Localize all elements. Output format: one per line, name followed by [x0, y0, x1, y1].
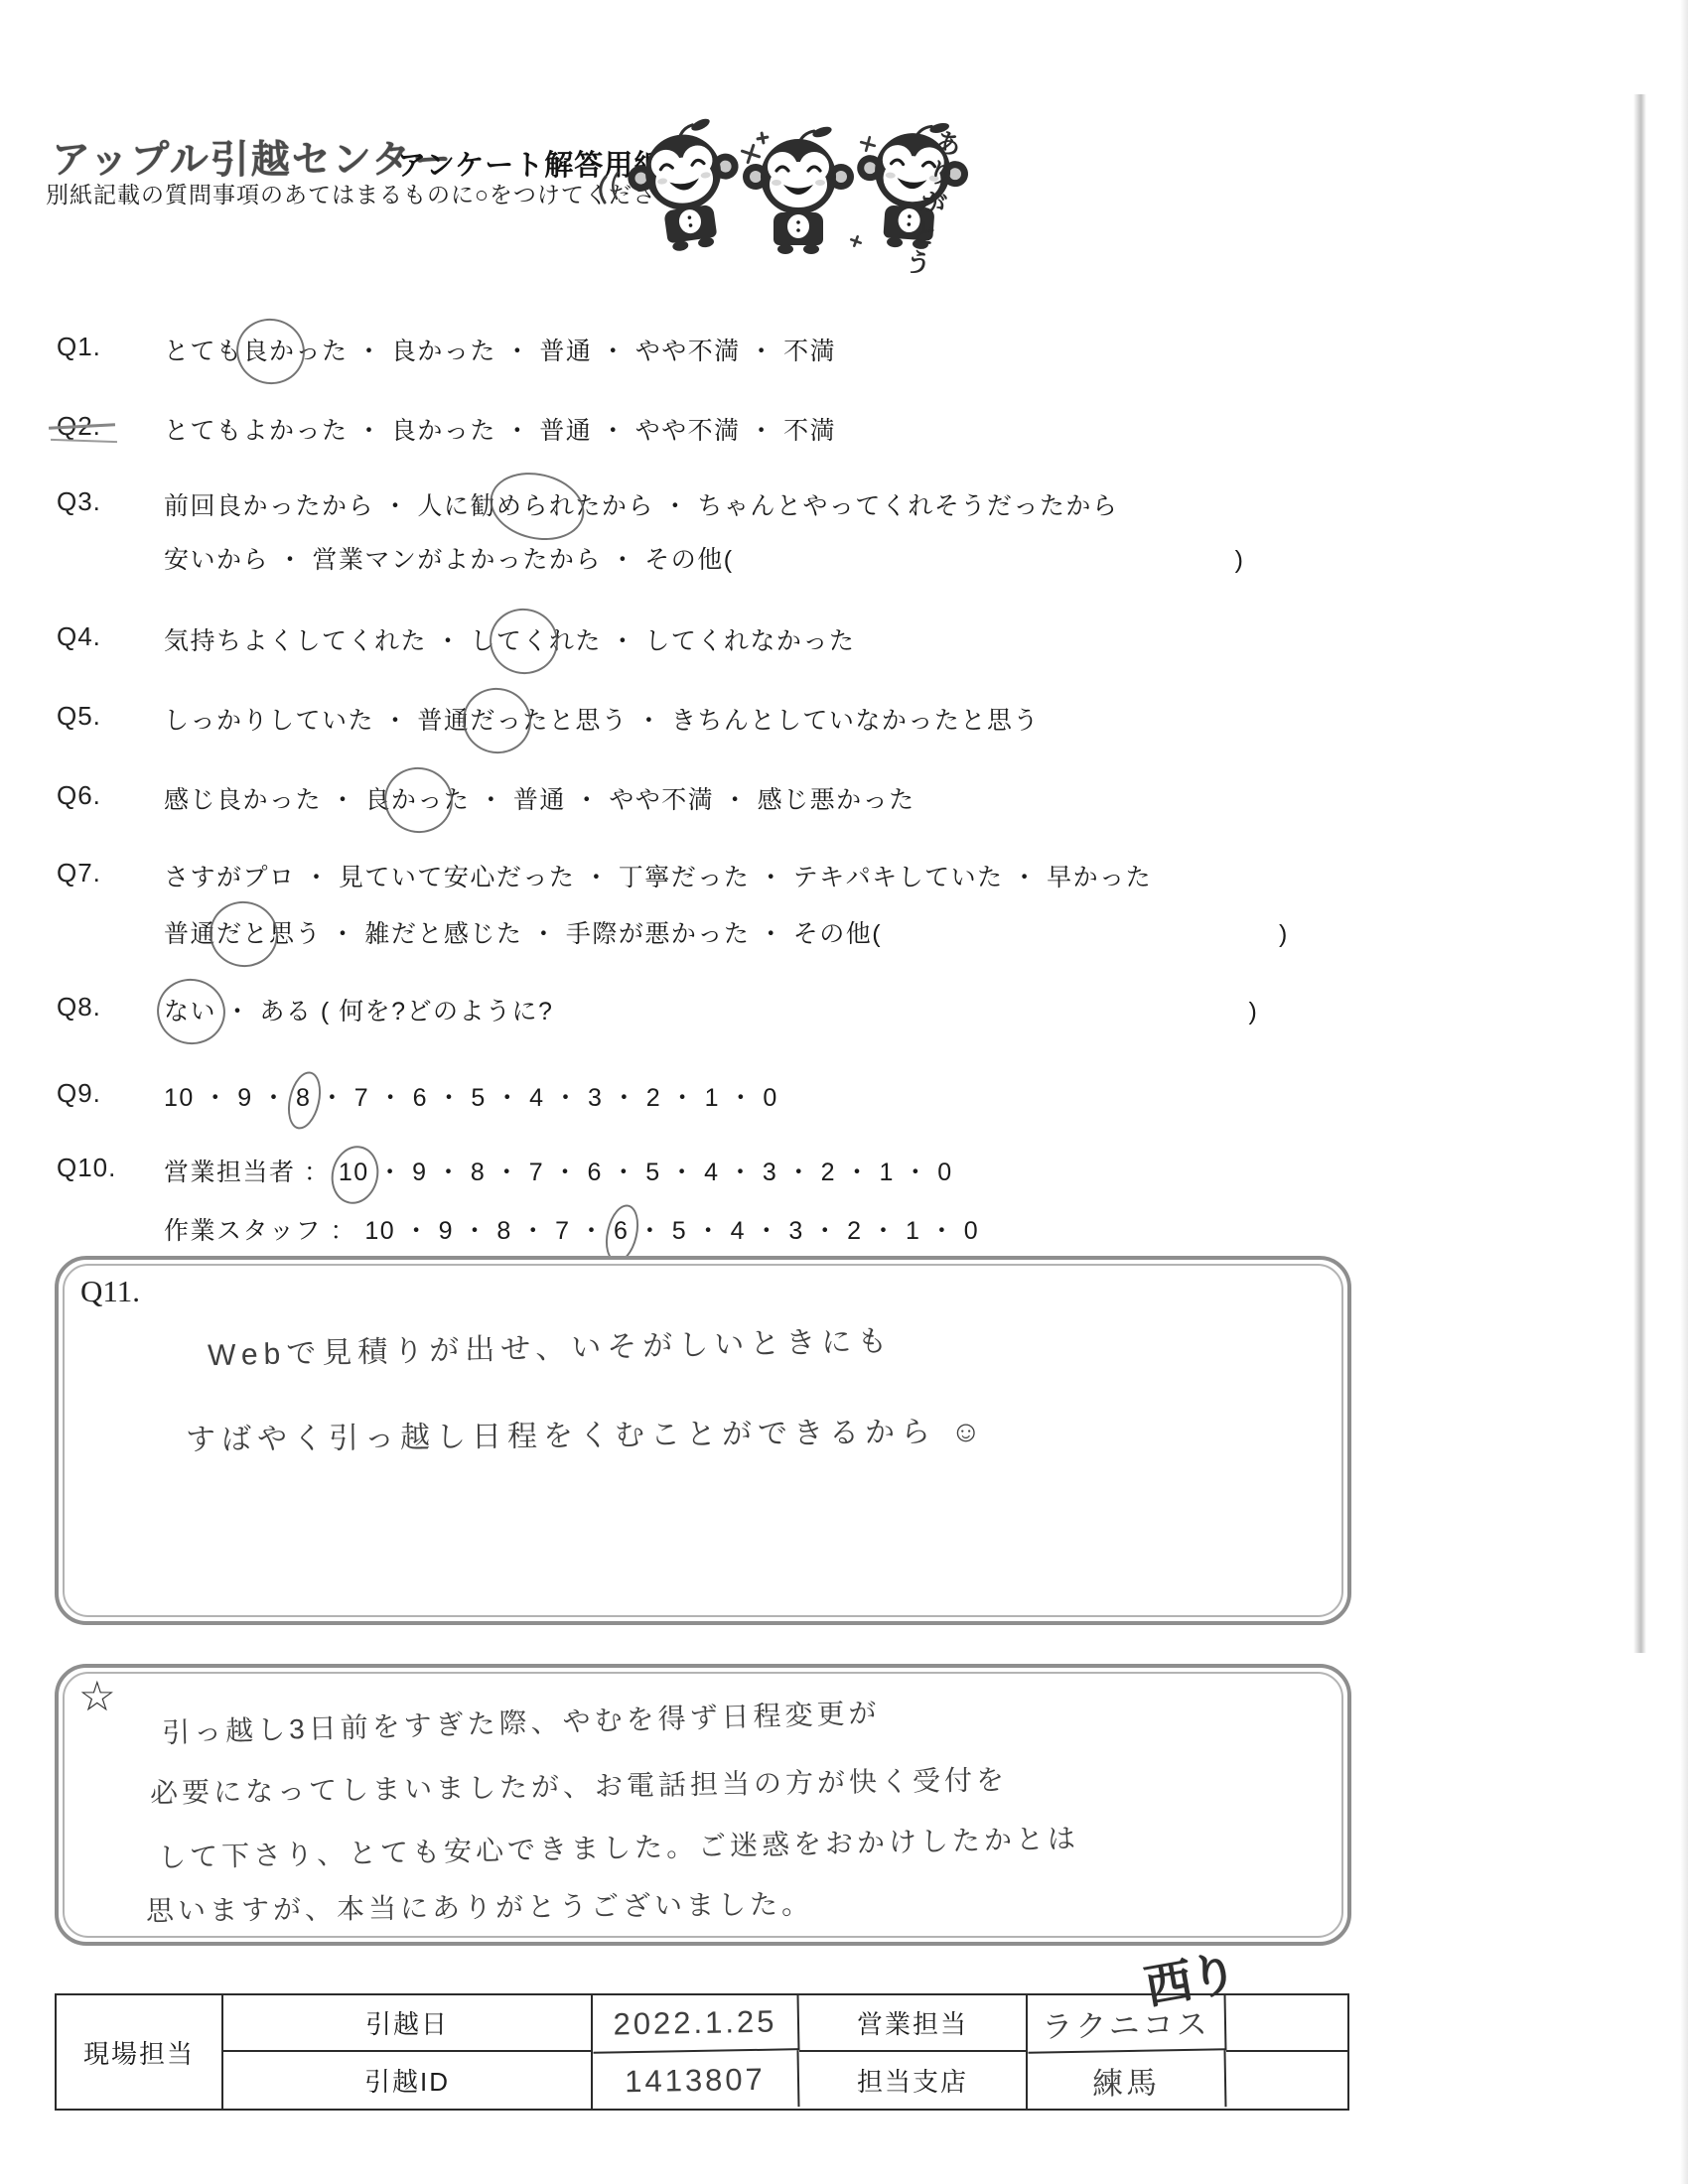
option-text: )	[1235, 546, 1245, 574]
question-label: Q2.	[57, 411, 101, 442]
blank-space	[882, 941, 1279, 942]
handwritten-circle-selection: だと	[216, 914, 269, 950]
option-text: とてもよかった ・ 良かった ・ 普通 ・ やや不満 ・ 不満	[164, 417, 836, 445]
option-text: ・ 7 ・ 6 ・ 5 ・ 4 ・ 3 ・ 2 ・ 1 ・ 0	[311, 1084, 777, 1112]
option-text: ・ 5 ・ 4 ・ 3 ・ 2 ・ 1 ・ 0	[629, 1217, 979, 1245]
question-options: とても良かった ・ 良かった ・ 普通 ・ やや不満 ・ 不満	[164, 332, 836, 367]
option-text: ・ ある ( 何を?どのように?	[216, 998, 553, 1025]
monkey-mascot-icon	[743, 125, 854, 254]
question-label: Q1.	[57, 332, 101, 362]
handwritten-circle-selection: かっ	[391, 780, 444, 816]
star-comment-box: ☆ 引っ越し3日前をすぎた際、やむを得ず日程変更が 必要になってしまいましたが、…	[55, 1664, 1351, 1946]
question-label: Q6.	[57, 780, 101, 811]
scan-artifact-band	[1633, 94, 1646, 1653]
question-label: Q4.	[57, 621, 101, 652]
question-label-text: Q6.	[57, 780, 101, 810]
handwritten-circle-selection: められ	[496, 486, 576, 522]
question-options: ない ・ ある ( 何を?どのように?)	[164, 992, 1258, 1027]
question-options: 前回良かったから ・ 人に勧められたから ・ ちゃんとやってくれそうだったから	[164, 486, 1118, 522]
empty-cell	[1226, 1995, 1347, 2052]
empty-cell	[1226, 2052, 1347, 2109]
move-date-value: 2022.1.25	[593, 1993, 800, 2054]
question-label: Q5.	[57, 701, 101, 732]
handwritten-circle-selection: 良か	[243, 332, 296, 367]
q11-answer-box: Q11. Webで見積りが出せ、いそがしいときにも すばやく引っ越し日程をくむこ…	[55, 1256, 1351, 1625]
handwritten-circle-selection: だっ	[470, 701, 522, 737]
option-text: 営業担当者 ：	[164, 1159, 339, 1186]
question-options: さすがプロ ・ 見ていて安心だった ・ 丁寧だった ・ テキパキしていた ・ 早…	[164, 858, 1152, 893]
option-text: 作業スタッフ ： 10 ・ 9 ・ 8 ・ 7 ・	[164, 1217, 614, 1245]
question-options: 営業担当者 ： 10 ・ 9 ・ 8 ・ 7 ・ 6 ・ 5 ・ 4 ・ 3 ・…	[164, 1153, 953, 1188]
question-options: しっかりしていた ・ 普通だったと思う ・ きちんとしていなかったと思う	[164, 701, 1040, 737]
question-options: 気持ちよくしてくれた ・ してくれた ・ してくれなかった	[164, 621, 855, 657]
q11-label: Q11.	[80, 1274, 140, 1309]
branch-label: 担当支店	[799, 2052, 1028, 2109]
option-text: 気持ちよくしてくれた ・ し	[164, 627, 496, 655]
option-text: さすがプロ ・ 見ていて安心だった ・ 丁寧だった ・ テキパキしていた ・ 早…	[164, 864, 1152, 891]
question-label: Q7.	[57, 858, 101, 888]
option-text: れた ・ してくれなかった	[549, 627, 855, 655]
sparkle-icon	[740, 132, 769, 165]
option-text: たと思う ・ きちんとしていなかったと思う	[522, 707, 1039, 735]
question-options: 安いから ・ 営業マンがよかったから ・ その他()	[164, 540, 1244, 576]
sparkle-icon	[850, 135, 877, 247]
handwritten-comment-line: 思いますが、本当にありがとうございました。	[146, 1882, 813, 1929]
monkey-mascot-icon	[621, 117, 749, 257]
handwritten-circle-selection: 8	[296, 1084, 311, 1113]
star-icon: ☆	[78, 1676, 116, 1717]
question-label-struck: Q2.	[57, 411, 101, 442]
move-id-value: 1413807	[593, 2050, 800, 2111]
handwritten-circle-selection: 10	[339, 1159, 369, 1187]
question-label-text: Q5.	[57, 701, 101, 731]
question-options: 作業スタッフ ： 10 ・ 9 ・ 8 ・ 7 ・ 6 ・ 5 ・ 4 ・ 3 …	[164, 1211, 979, 1247]
option-text: とても	[164, 338, 243, 365]
question-label-text: Q10.	[57, 1153, 116, 1182]
question-label-text: Q8.	[57, 992, 101, 1022]
option-text: )	[1279, 920, 1289, 948]
handwritten-circle-selection: ない	[164, 992, 216, 1027]
question-label-text: Q7.	[57, 858, 101, 887]
question-label-text: Q3.	[57, 486, 101, 516]
handwritten-circle-selection: てく	[496, 621, 549, 657]
question-label-text: Q9.	[57, 1078, 101, 1108]
move-date-label: 引越日	[223, 1995, 593, 2052]
question-options: 10 ・ 9 ・ 8 ・ 7 ・ 6 ・ 5 ・ 4 ・ 3 ・ 2 ・ 1 ・…	[164, 1078, 778, 1114]
option-text: った ・ 良かった ・ 普通 ・ やや不満 ・ 不満	[296, 338, 837, 365]
survey-answer-sheet: アップル引越センター アンケート解答用紙 別紙記載の質問事項のあてはまるものに○…	[0, 0, 1688, 2184]
option-text: )	[1248, 998, 1258, 1025]
option-text: 思う ・ 雑だと感じた ・ 手際が悪かった ・ その他(	[269, 920, 882, 948]
handwritten-circle-selection: 6	[614, 1217, 629, 1246]
option-text: た ・ 普通 ・ やや不満 ・ 感じ悪かった	[444, 786, 915, 814]
question-label: Q9.	[57, 1078, 101, 1109]
question-label: Q10.	[57, 1153, 116, 1183]
option-text: 前回良かったから ・ 人に勧	[164, 492, 496, 520]
motion-lines-icon	[601, 173, 618, 203]
move-id-label: 引越ID	[223, 2052, 593, 2109]
option-text: しっかりしていた ・ 普通	[164, 707, 470, 735]
sales-rep-label: 営業担当	[799, 1995, 1028, 2052]
blank-space	[553, 1019, 1248, 1020]
site-rep-label: 現場担当	[57, 1995, 223, 2109]
option-text: ・ 9 ・ 8 ・ 7 ・ 6 ・ 5 ・ 4 ・ 3 ・ 2 ・ 1 ・ 0	[369, 1159, 953, 1186]
option-text: 10 ・ 9 ・	[164, 1084, 296, 1112]
question-label: Q3.	[57, 486, 101, 517]
question-label-text: Q1.	[57, 332, 101, 361]
option-text: 感じ良かった ・ 良	[164, 786, 391, 814]
blank-space	[734, 567, 1235, 568]
question-options: 感じ良かった ・ 良かった ・ 普通 ・ やや不満 ・ 感じ悪かった	[164, 780, 915, 816]
question-label: Q8.	[57, 992, 101, 1023]
question-options: とてもよかった ・ 良かった ・ 普通 ・ やや不満 ・ 不満	[164, 411, 836, 447]
option-text: たから ・ ちゃんとやってくれそうだったから	[575, 492, 1118, 520]
handwritten-answer-line: すばやく引っ越し日程をくむことができるから ☺	[186, 1407, 987, 1458]
branch-value: 練馬	[1028, 2050, 1227, 2110]
question-label-text: Q4.	[57, 621, 101, 651]
scan-page-edge	[1680, 0, 1688, 2184]
question-options: 普通だと思う ・ 雑だと感じた ・ 手際が悪かった ・ その他()	[164, 914, 1289, 950]
option-text: 安いから ・ 営業マンがよかったから ・ その他(	[164, 546, 734, 574]
